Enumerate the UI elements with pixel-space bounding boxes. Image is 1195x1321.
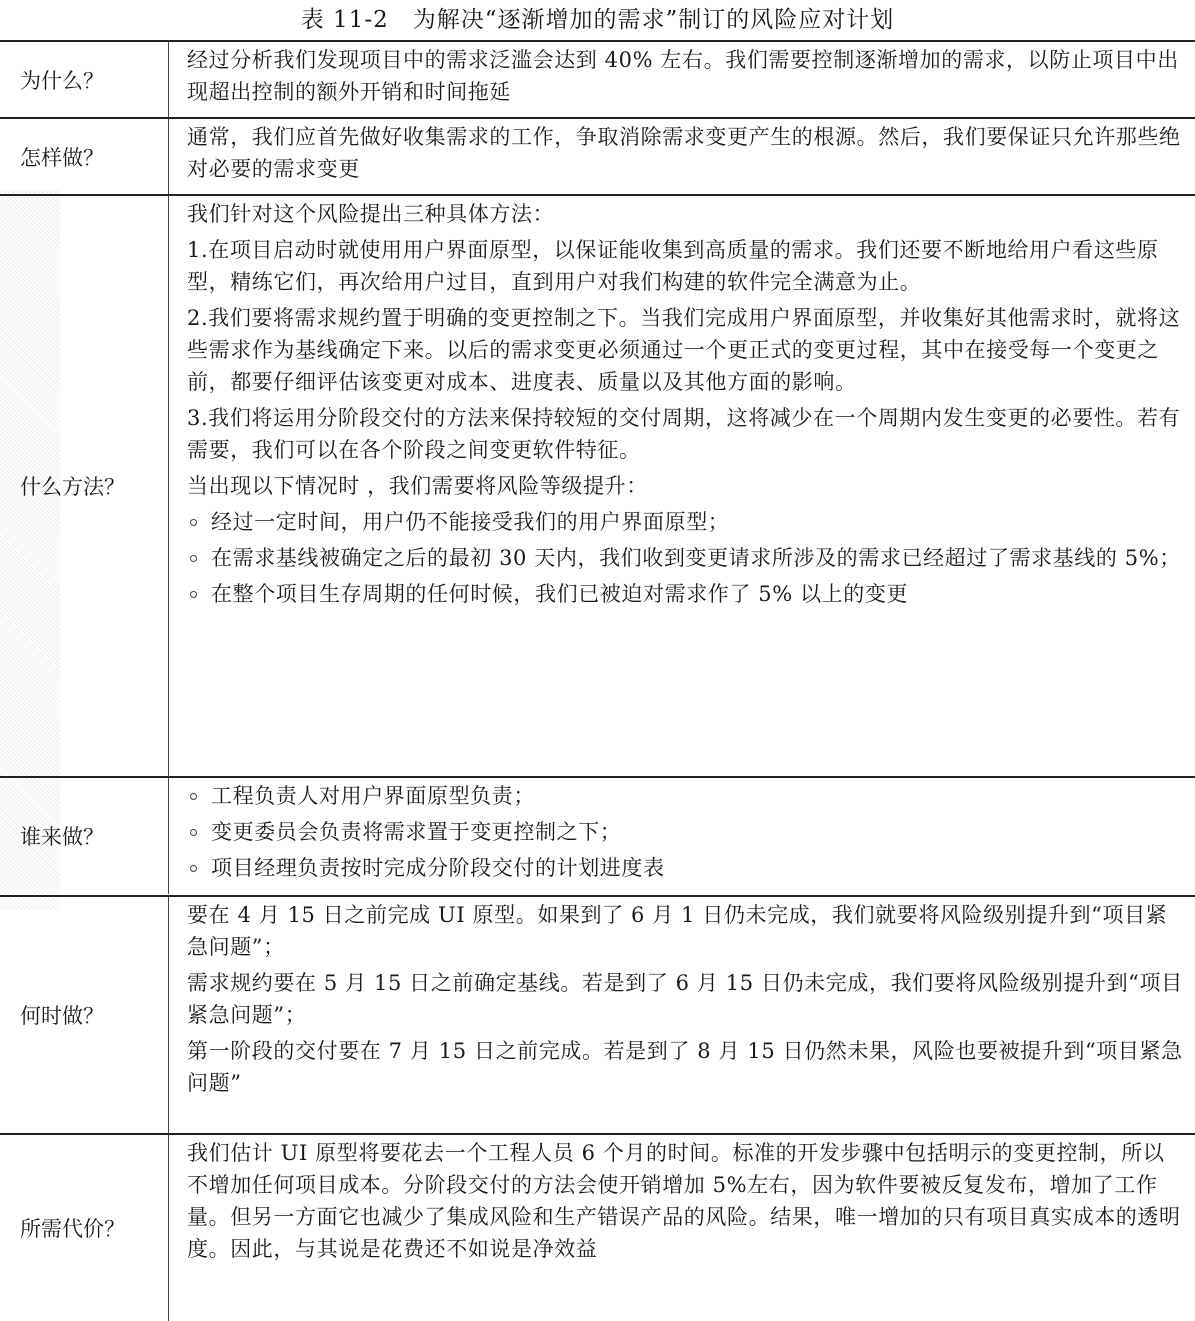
bullet-item: 项目经理负责按时完成分阶段交付的计划进度表 xyxy=(187,852,1185,884)
paragraph: 1.在项目启动时就使用用户界面原型，以保证能收集到高质量的需求。我们还要不断地给… xyxy=(187,234,1185,298)
paragraph: 当出现以下情况时 ，我们需要将风险等级提升： xyxy=(187,470,1185,502)
paragraph: 通常，我们应首先做好收集需求的工作，争取消除需求变更产生的根源。然后，我们要保证… xyxy=(187,121,1185,185)
row-label: 何时做？ xyxy=(0,897,168,1133)
table-row-when: 何时做？ 要在 4 月 15 日之前完成 UI 原型。如果到了 6 月 1 日仍… xyxy=(0,895,1195,1133)
row-label: 什么方法？ xyxy=(0,196,168,776)
paragraph: 2.我们要将需求规约置于明确的变更控制之下。当我们完成用户界面原型，并收集好其他… xyxy=(187,302,1185,398)
row-label: 怎样做？ xyxy=(0,119,168,194)
paragraph: 需求规约要在 5 月 15 日之前确定基线。若是到了 6 月 15 日仍未完成，… xyxy=(187,967,1185,1031)
table-row-why: 为什么？ 经过分析我们发现项目中的需求泛滥会达到 40% 左右。我们需要控制逐渐… xyxy=(0,40,1195,117)
row-content: 经过分析我们发现项目中的需求泛滥会达到 40% 左右。我们需要控制逐渐增加的需求… xyxy=(168,42,1195,117)
row-content: 我们针对这个风险提出三种具体方法： 1.在项目启动时就使用用户界面原型，以保证能… xyxy=(168,196,1195,776)
paragraph: 要在 4 月 15 日之前完成 UI 原型。如果到了 6 月 1 日仍未完成，我… xyxy=(187,899,1185,963)
paragraph: 3.我们将运用分阶段交付的方法来保持较短的交付周期，这将减少在一个周期内发生变更… xyxy=(187,402,1185,466)
bullet-item: 工程负责人对用户界面原型负责； xyxy=(187,780,1185,812)
table-caption: 表 11-2 为解决“逐渐增加的需求”制订的风险应对计划 xyxy=(0,4,1195,36)
bullet-item: 在整个项目生存周期的任何时候，我们已被迫对需求作了 5% 以上的变更 xyxy=(187,578,1185,610)
table-row-cost: 所需代价？ 我们估计 UI 原型将要花去一个工程人员 6 个月的时间。标准的开发… xyxy=(0,1133,1195,1321)
row-content: 要在 4 月 15 日之前完成 UI 原型。如果到了 6 月 1 日仍未完成，我… xyxy=(168,897,1195,1133)
paragraph: 经过分析我们发现项目中的需求泛滥会达到 40% 左右。我们需要控制逐渐增加的需求… xyxy=(187,44,1185,108)
row-label: 谁来做？ xyxy=(0,778,168,894)
row-content: 通常，我们应首先做好收集需求的工作，争取消除需求变更产生的根源。然后，我们要保证… xyxy=(168,119,1195,194)
table-row-method: 什么方法？ 我们针对这个风险提出三种具体方法： 1.在项目启动时就使用用户界面原… xyxy=(0,194,1195,776)
row-label: 为什么？ xyxy=(0,42,168,117)
bullet-item: 经过一定时间，用户仍不能接受我们的用户界面原型； xyxy=(187,506,1185,538)
table-row-who: 谁来做？ 工程负责人对用户界面原型负责； 变更委员会负责将需求置于变更控制之下；… xyxy=(0,776,1195,894)
row-content: 我们估计 UI 原型将要花去一个工程人员 6 个月的时间。标准的开发步骤中包括明… xyxy=(168,1135,1195,1321)
paragraph: 第一阶段的交付要在 7 月 15 日之前完成。若是到了 8 月 15 日仍然未果… xyxy=(187,1035,1185,1099)
bullet-item: 变更委员会负责将需求置于变更控制之下； xyxy=(187,816,1185,848)
table-row-how: 怎样做？ 通常，我们应首先做好收集需求的工作，争取消除需求变更产生的根源。然后，… xyxy=(0,117,1195,194)
paragraph: 我们估计 UI 原型将要花去一个工程人员 6 个月的时间。标准的开发步骤中包括明… xyxy=(187,1137,1185,1265)
row-label: 所需代价？ xyxy=(0,1135,168,1321)
bullet-item: 在需求基线被确定之后的最初 30 天内，我们收到变更请求所涉及的需求已经超过了需… xyxy=(187,542,1185,574)
paragraph: 我们针对这个风险提出三种具体方法： xyxy=(187,198,1185,230)
row-content: 工程负责人对用户界面原型负责； 变更委员会负责将需求置于变更控制之下； 项目经理… xyxy=(168,778,1195,894)
